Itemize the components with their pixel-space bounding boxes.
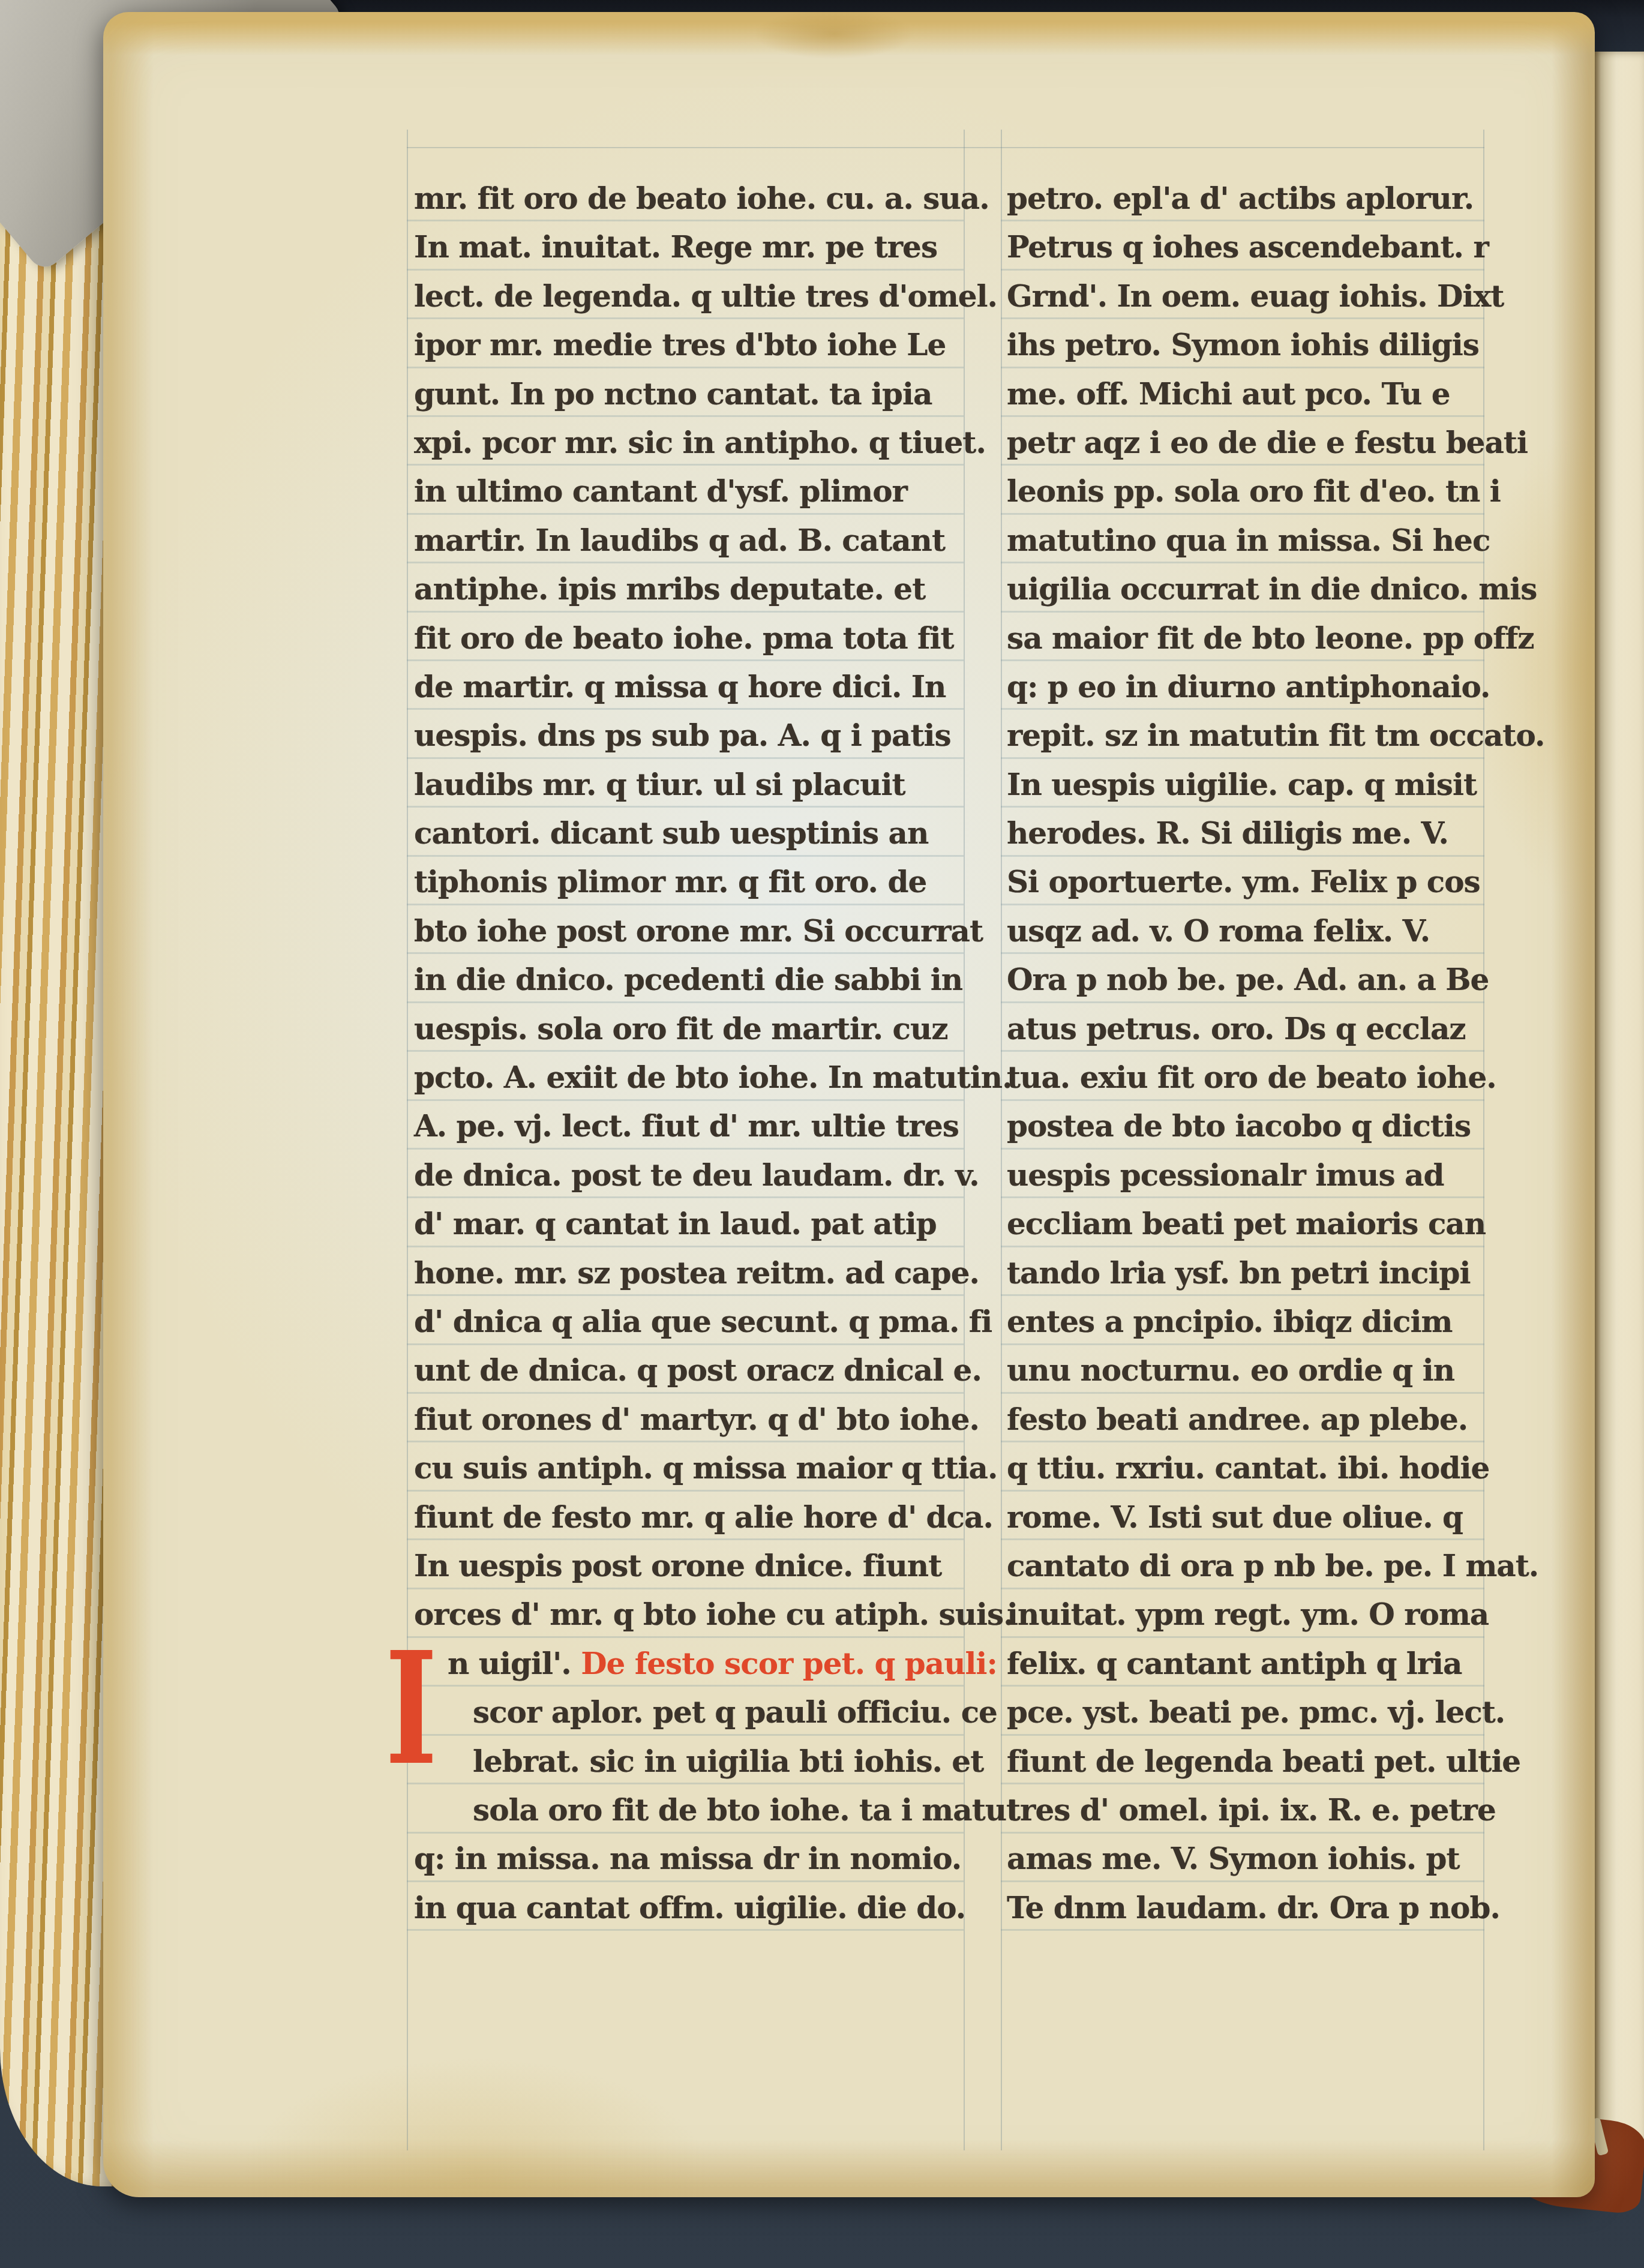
- text-column-left: mr. fit oro de beato iohe. cu. a. sua.In…: [414, 174, 961, 1932]
- text-line: sa maior fit de bto leone. pp offz: [1007, 614, 1487, 662]
- text-line: cu suis antiph. q missa maior q ttia.: [414, 1444, 961, 1492]
- text-line: fiunt de legenda beati pet. ultie: [1007, 1737, 1487, 1786]
- text-line: uigilia occurrat in die dnico. mis: [1007, 565, 1487, 613]
- text-line: postea de bto iacobo q dictis: [1007, 1102, 1487, 1150]
- text-line: fiut orones d' martyr. q d' bto iohe.: [414, 1395, 961, 1444]
- text-line: q: p eo in diurno antiphonaio.: [1007, 662, 1487, 711]
- text-line: Petrus q iohes ascendebant. r: [1007, 223, 1487, 271]
- text-line: usqz ad. v. O roma felix. V.: [1007, 907, 1487, 955]
- text-line: hone. mr. sz postea reitm. ad cape.: [414, 1249, 961, 1297]
- text-line: sola oro fit de bto iohe. ta i matut: [414, 1786, 961, 1834]
- text-line: martir. In laudibs q ad. B. catant: [414, 516, 961, 565]
- text-line: gunt. In po nctno cantat. ta ipia: [414, 370, 961, 418]
- text-line: petro. epl'a d' actibs aplorur.: [1007, 174, 1487, 223]
- text-line: tres d' omel. ipi. ix. R. e. petre: [1007, 1786, 1487, 1834]
- manuscript-page: mr. fit oro de beato iohe. cu. a. sua.In…: [103, 12, 1595, 2197]
- text-line: festo beati andree. ap plebe.: [1007, 1395, 1487, 1444]
- text-line: lebrat. sic in uigilia bti iohis. et: [414, 1737, 961, 1786]
- text-line: me. off. Michi aut pco. Tu e: [1007, 370, 1487, 418]
- text-line: tiphonis plimor mr. q fit oro. de: [414, 857, 961, 906]
- text-line: matutino qua in missa. Si hec: [1007, 516, 1487, 565]
- text-segment: n uigil'.: [448, 1646, 581, 1681]
- text-line: felix. q cantant antiph q lria: [1007, 1639, 1487, 1688]
- text-line: mr. fit oro de beato iohe. cu. a. sua.: [414, 174, 961, 223]
- text-line: uespis. dns ps sub pa. A. q i patis: [414, 711, 961, 760]
- rubric-text: De festo scor pet. q pauli:: [581, 1646, 997, 1681]
- text-line: lect. de legenda. q ultie tres d'omel.: [414, 272, 961, 320]
- text-line: pce. yst. beati pe. pmc. vj. lect.: [1007, 1688, 1487, 1736]
- text-line: entes a pncipio. ibiqz dicim: [1007, 1297, 1487, 1346]
- text-line: repit. sz in matutin fit tm occato.: [1007, 711, 1487, 760]
- ruling-line-top: [407, 147, 1484, 148]
- text-line: fiunt de festo mr. q alie hore d' dca.: [414, 1493, 961, 1541]
- text-line: herodes. R. Si diligis me. V.: [1007, 809, 1487, 857]
- text-line: n uigil'. De festo scor pet. q pauli:: [414, 1639, 961, 1688]
- text-line: tando lria ysf. bn petri incipi: [1007, 1249, 1487, 1297]
- red-initial-I: I: [385, 1633, 437, 1784]
- text-line: xpi. pcor mr. sic in antipho. q tiuet.: [414, 418, 961, 467]
- text-line: unu nocturnu. eo ordie q in: [1007, 1346, 1487, 1394]
- text-line: Ora p nob be. pe. Ad. an. a Be: [1007, 955, 1487, 1004]
- next-page-edge: [1591, 52, 1644, 2143]
- text-line: ihs petro. Symon iohis diligis: [1007, 320, 1487, 369]
- text-line: d' mar. q cantat in laud. pat atip: [414, 1199, 961, 1248]
- text-line: cantato di ora p nb be. pe. I mat.: [1007, 1541, 1487, 1590]
- text-line: cantori. dicant sub uesptinis an: [414, 809, 961, 857]
- text-line: pcto. A. exiit de bto iohe. In matutin.: [414, 1053, 961, 1102]
- text-line: de martir. q missa q hore dici. In: [414, 662, 961, 711]
- text-line: eccliam beati pet maioris can: [1007, 1199, 1487, 1248]
- text-line: in qua cantat offm. uigilie. die do.: [414, 1883, 961, 1932]
- text-line: atus petrus. oro. Ds q ecclaz: [1007, 1004, 1487, 1053]
- text-line: Te dnm laudam. dr. Ora p nob.: [1007, 1883, 1487, 1932]
- text-line: inuitat. ypm regt. ym. O roma: [1007, 1590, 1487, 1639]
- text-line: In mat. inuitat. Rege mr. pe tres: [414, 223, 961, 271]
- text-line: amas me. V. Symon iohis. pt: [1007, 1834, 1487, 1883]
- text-line: uespis pcessionalr imus ad: [1007, 1151, 1487, 1199]
- text-line: uespis. sola oro fit de martir. cuz: [414, 1004, 961, 1053]
- text-line: leonis pp. sola oro fit d'eo. tn i: [1007, 467, 1487, 515]
- text-line: laudibs mr. q tiur. ul si placuit: [414, 760, 961, 809]
- text-column-right: petro. epl'a d' actibs aplorur.Petrus q …: [1007, 174, 1487, 1932]
- text-line: in die dnico. pcedenti die sabbi in: [414, 955, 961, 1004]
- text-line: de dnica. post te deu laudam. dr. v.: [414, 1151, 961, 1199]
- text-line: A. pe. vj. lect. fiut d' mr. ultie tres: [414, 1102, 961, 1150]
- text-line: ipor mr. medie tres d'bto iohe Le: [414, 320, 961, 369]
- text-line: unt de dnica. q post oracz dnical e.: [414, 1346, 961, 1394]
- text-line: d' dnica q alia que secunt. q pma. fi: [414, 1297, 961, 1346]
- text-line: antiphe. ipis mribs deputate. et: [414, 565, 961, 613]
- text-line: Si oportuerte. ym. Felix p cos: [1007, 857, 1487, 906]
- text-line: petr aqz i eo de die e festu beati: [1007, 418, 1487, 467]
- text-line: In uespis uigilie. cap. q misit: [1007, 760, 1487, 809]
- text-line: rome. V. Isti sut due oliue. q: [1007, 1493, 1487, 1541]
- text-line: Grnd'. In oem. euag iohis. Dixt: [1007, 272, 1487, 320]
- text-line: q ttiu. rxriu. cantat. ibi. hodie: [1007, 1444, 1487, 1492]
- text-line: bto iohe post orone mr. Si occurrat: [414, 907, 961, 955]
- text-line: in ultimo cantant d'ysf. plimor: [414, 467, 961, 515]
- text-line: q: in missa. na missa dr in nomio.: [414, 1834, 961, 1883]
- text-line: In uespis post orone dnice. fiunt: [414, 1541, 961, 1590]
- text-line: scor aplor. pet q pauli officiu. ce: [414, 1688, 961, 1736]
- text-line: orces d' mr. q bto iohe cu atiph. suis.: [414, 1590, 961, 1639]
- photo-canvas: mr. fit oro de beato iohe. cu. a. sua.In…: [0, 0, 1644, 2268]
- text-line: tua. exiu fit oro de beato iohe.: [1007, 1053, 1487, 1102]
- text-line: fit oro de beato iohe. pma tota fit: [414, 614, 961, 662]
